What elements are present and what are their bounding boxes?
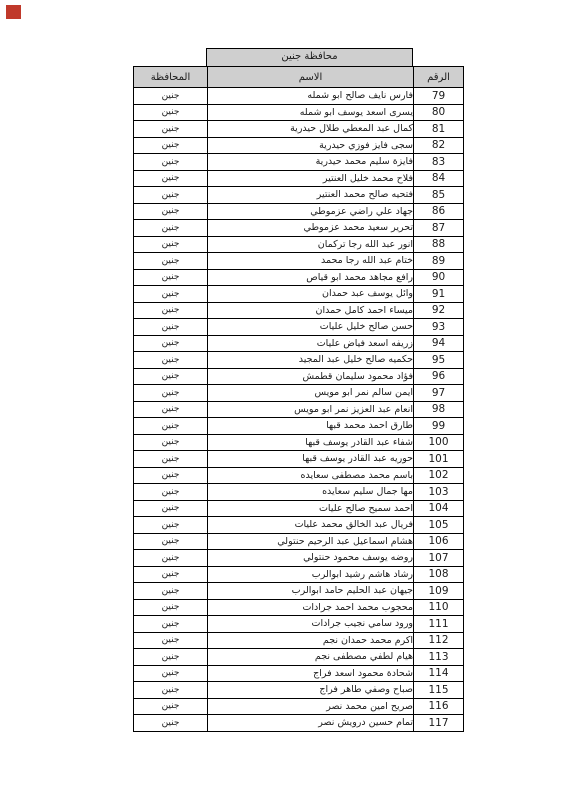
table-row: 116صريح امين محمد نصرجنين [134,698,464,715]
row-number-cell: 79 [414,88,464,105]
table-row: 79فارس نايف صالح ابو شملهجنين [134,88,464,105]
row-number-cell: 93 [414,319,464,336]
row-name-cell: احمد سميح صالح عليات [208,500,414,517]
row-name-cell: وائل يوسف عبد حمدان [208,286,414,303]
table-row: 104احمد سميح صالح علياتجنين [134,500,464,517]
row-number-cell: 84 [414,170,464,187]
row-number-cell: 89 [414,253,464,270]
table-row: 87تحرير سعيد محمد عزموطيجنين [134,220,464,237]
row-name-cell: رشاد هاشم رشيد ابوالرب [208,566,414,583]
row-governorate-cell: جنين [134,319,208,336]
row-governorate-cell: جنين [134,698,208,715]
table-row: 88انور عبد الله رجا تركمانجنين [134,236,464,253]
row-governorate-cell: جنين [134,121,208,138]
row-name-cell: شحادة محمود اسعد فراج [208,665,414,682]
row-name-cell: حوريه عبد القادر يوسف قبها [208,451,414,468]
row-governorate-cell: جنين [134,236,208,253]
row-governorate-cell: جنين [134,418,208,435]
row-name-cell: حسن صالح خليل عليات [208,319,414,336]
table-row: 84فلاح محمد خليل العنتيرجنين [134,170,464,187]
row-governorate-cell: جنين [134,616,208,633]
table-row: 85فتحيه صالح محمد العنتيرجنين [134,187,464,204]
row-governorate-cell: جنين [134,599,208,616]
table-row: 100شفاء عبد القادر يوسف قبهاجنين [134,434,464,451]
table-row: 115صباح وصفي طاهر فراججنين [134,682,464,699]
row-governorate-cell: جنين [134,566,208,583]
row-governorate-cell: جنين [134,500,208,517]
row-governorate-cell: جنين [134,517,208,534]
row-name-cell: انعام عبد العزيز نمر ابو مويس [208,401,414,418]
names-table: الرقم الاسم المحافظة 79فارس نايف صالح اب… [133,66,464,732]
row-number-cell: 90 [414,269,464,286]
row-governorate-cell: جنين [134,385,208,402]
table-row: 91وائل يوسف عبد حمدانجنين [134,286,464,303]
row-name-cell: زريفه اسعد فياض عليات [208,335,414,352]
row-name-cell: حكميه صالح خليل عبد المجيد [208,352,414,369]
row-governorate-cell: جنين [134,533,208,550]
row-governorate-cell: جنين [134,352,208,369]
row-governorate-cell: جنين [134,203,208,220]
row-name-cell: كمال عبد المعطي طلال حيدرية [208,121,414,138]
row-governorate-cell: جنين [134,269,208,286]
row-name-cell: فايزة سليم محمد حيدرية [208,154,414,171]
row-number-cell: 111 [414,616,464,633]
row-number-cell: 87 [414,220,464,237]
row-name-cell: مها جمال سليم سعايده [208,484,414,501]
row-number-cell: 110 [414,599,464,616]
table-row: 81كمال عبد المعطي طلال حيدريةجنين [134,121,464,138]
row-number-cell: 116 [414,698,464,715]
table-row: 103مها جمال سليم سعايدهجنين [134,484,464,501]
row-governorate-cell: جنين [134,170,208,187]
row-name-cell: ورود سامي نجيب جرادات [208,616,414,633]
row-name-cell: فريال عبد الخالق محمد عليات [208,517,414,534]
table-row: 80يسرى اسعد يوسف ابو شملهجنين [134,104,464,121]
row-governorate-cell: جنين [134,484,208,501]
table-row: 117تمام حسين درويش نصرجنين [134,715,464,732]
row-number-cell: 105 [414,517,464,534]
row-name-cell: ميساء احمد كامل حمدان [208,302,414,319]
table-row: 92ميساء احمد كامل حمدانجنين [134,302,464,319]
row-number-cell: 91 [414,286,464,303]
column-header-row: الرقم الاسم المحافظة [134,67,464,88]
row-number-cell: 88 [414,236,464,253]
column-header-number: الرقم [414,67,464,88]
row-governorate-cell: جنين [134,187,208,204]
row-governorate-cell: جنين [134,632,208,649]
row-name-cell: صباح وصفي طاهر فراج [208,682,414,699]
row-governorate-cell: جنين [134,550,208,567]
row-number-cell: 81 [414,121,464,138]
row-name-cell: باسم محمد مصطفى سعايده [208,467,414,484]
row-number-cell: 112 [414,632,464,649]
row-number-cell: 114 [414,665,464,682]
row-governorate-cell: جنين [134,451,208,468]
row-governorate-cell: جنين [134,302,208,319]
table-row: 113هيام لطفي مصطفى نجمجنين [134,649,464,666]
row-governorate-cell: جنين [134,682,208,699]
row-governorate-cell: جنين [134,665,208,682]
row-name-cell: صريح امين محمد نصر [208,698,414,715]
row-number-cell: 109 [414,583,464,600]
row-name-cell: ايمن سالم نمر ابو مويس [208,385,414,402]
row-number-cell: 107 [414,550,464,567]
row-governorate-cell: جنين [134,434,208,451]
row-number-cell: 100 [414,434,464,451]
row-number-cell: 99 [414,418,464,435]
row-number-cell: 104 [414,500,464,517]
row-number-cell: 85 [414,187,464,204]
table-row: 94زريفه اسعد فياض علياتجنين [134,335,464,352]
document-page: محافظة جنين الرقم الاسم المحافظة 79فارس … [0,0,565,800]
row-number-cell: 92 [414,302,464,319]
column-header-name: الاسم [208,67,414,88]
table-row: 90رافع مجاهد محمد ابو قياصجنين [134,269,464,286]
row-governorate-cell: جنين [134,286,208,303]
row-governorate-cell: جنين [134,220,208,237]
table-row: 93حسن صالح خليل علياتجنين [134,319,464,336]
row-governorate-cell: جنين [134,137,208,154]
row-governorate-cell: جنين [134,253,208,270]
row-name-cell: يسرى اسعد يوسف ابو شمله [208,104,414,121]
row-governorate-cell: جنين [134,154,208,171]
row-name-cell: ختام عبد الله رجا محمد [208,253,414,270]
table-row: 95حكميه صالح خليل عبد المجيدجنين [134,352,464,369]
row-number-cell: 106 [414,533,464,550]
row-governorate-cell: جنين [134,104,208,121]
row-governorate-cell: جنين [134,88,208,105]
row-governorate-cell: جنين [134,583,208,600]
row-number-cell: 94 [414,335,464,352]
row-number-cell: 80 [414,104,464,121]
table-row: 101حوريه عبد القادر يوسف قبهاجنين [134,451,464,468]
row-number-cell: 83 [414,154,464,171]
row-governorate-cell: جنين [134,335,208,352]
row-number-cell: 98 [414,401,464,418]
row-number-cell: 97 [414,385,464,402]
table-row: 114شحادة محمود اسعد فراججنين [134,665,464,682]
table-row: 112اكرم محمد حمدان نجمجنين [134,632,464,649]
row-governorate-cell: جنين [134,467,208,484]
row-name-cell: فارس نايف صالح ابو شمله [208,88,414,105]
table-row: 89ختام عبد الله رجا محمدجنين [134,253,464,270]
row-number-cell: 96 [414,368,464,385]
row-name-cell: هيام لطفي مصطفى نجم [208,649,414,666]
table-row: 107روضه يوسف محمود حنتوليجنين [134,550,464,567]
row-name-cell: انور عبد الله رجا تركمان [208,236,414,253]
row-number-cell: 108 [414,566,464,583]
table-row: 86جهاد علي راضي عزموطيجنين [134,203,464,220]
table-row: 102باسم محمد مصطفى سعايدهجنين [134,467,464,484]
row-name-cell: تمام حسين درويش نصر [208,715,414,732]
row-name-cell: هشام اسماعيل عبد الرحيم حنتولي [208,533,414,550]
row-name-cell: طارق احمد محمد قبها [208,418,414,435]
row-name-cell: فتحيه صالح محمد العنتير [208,187,414,204]
row-number-cell: 86 [414,203,464,220]
row-name-cell: اكرم محمد حمدان نجم [208,632,414,649]
red-marker [6,5,21,19]
row-name-cell: فلاح محمد خليل العنتير [208,170,414,187]
table-row: 98انعام عبد العزيز نمر ابو مويسجنين [134,401,464,418]
row-name-cell: روضه يوسف محمود حنتولي [208,550,414,567]
row-name-cell: شفاء عبد القادر يوسف قبها [208,434,414,451]
row-name-cell: فؤاد محمود سليمان قطمش [208,368,414,385]
row-number-cell: 117 [414,715,464,732]
row-name-cell: جيهان عبد الحليم حامد ابوالرب [208,583,414,600]
table-row: 110محجوب محمد احمد جراداتجنين [134,599,464,616]
row-number-cell: 95 [414,352,464,369]
table-row: 108رشاد هاشم رشيد ابوالربجنين [134,566,464,583]
column-header-governorate: المحافظة [134,67,208,88]
table-row: 111ورود سامي نجيب جراداتجنين [134,616,464,633]
table-row: 96فؤاد محمود سليمان قطمشجنين [134,368,464,385]
row-name-cell: رافع مجاهد محمد ابو قياص [208,269,414,286]
table-row: 99طارق احمد محمد قبهاجنين [134,418,464,435]
row-number-cell: 101 [414,451,464,468]
row-number-cell: 102 [414,467,464,484]
row-number-cell: 103 [414,484,464,501]
row-governorate-cell: جنين [134,368,208,385]
row-name-cell: سجى فايز فوزي حيدرية [208,137,414,154]
row-governorate-cell: جنين [134,401,208,418]
table-row: 109جيهان عبد الحليم حامد ابوالربجنين [134,583,464,600]
table-row: 97ايمن سالم نمر ابو مويسجنين [134,385,464,402]
row-governorate-cell: جنين [134,715,208,732]
row-number-cell: 82 [414,137,464,154]
row-name-cell: تحرير سعيد محمد عزموطي [208,220,414,237]
row-name-cell: محجوب محمد احمد جرادات [208,599,414,616]
table-row: 106هشام اسماعيل عبد الرحيم حنتوليجنين [134,533,464,550]
row-governorate-cell: جنين [134,649,208,666]
row-number-cell: 115 [414,682,464,699]
row-name-cell: جهاد علي راضي عزموطي [208,203,414,220]
table-row: 105فريال عبد الخالق محمد علياتجنين [134,517,464,534]
row-number-cell: 113 [414,649,464,666]
table-row: 82سجى فايز فوزي حيدريةجنين [134,137,464,154]
table-row: 83فايزة سليم محمد حيدريةجنين [134,154,464,171]
region-header-cell: محافظة جنين [206,48,413,67]
